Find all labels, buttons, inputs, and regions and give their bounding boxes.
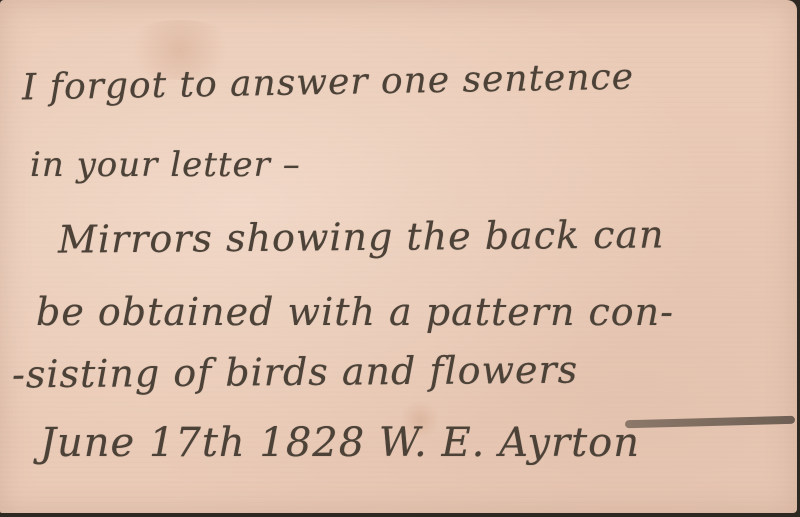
note-card: I forgot to answer one sentence in your … — [0, 0, 797, 513]
signature-flourish — [625, 416, 795, 428]
handwritten-line-3: Mirrors showing the back can — [58, 212, 665, 261]
handwritten-line-2: in your letter – — [30, 145, 301, 185]
handwritten-line-4: be obtained with a pattern con- — [36, 290, 674, 334]
date-and-signature: June 17th 1828 W. E. Ayrton — [40, 420, 640, 466]
handwritten-line-5: -sisting of birds and flowers — [12, 348, 579, 397]
handwritten-line-1: I forgot to answer one sentence — [22, 57, 635, 109]
